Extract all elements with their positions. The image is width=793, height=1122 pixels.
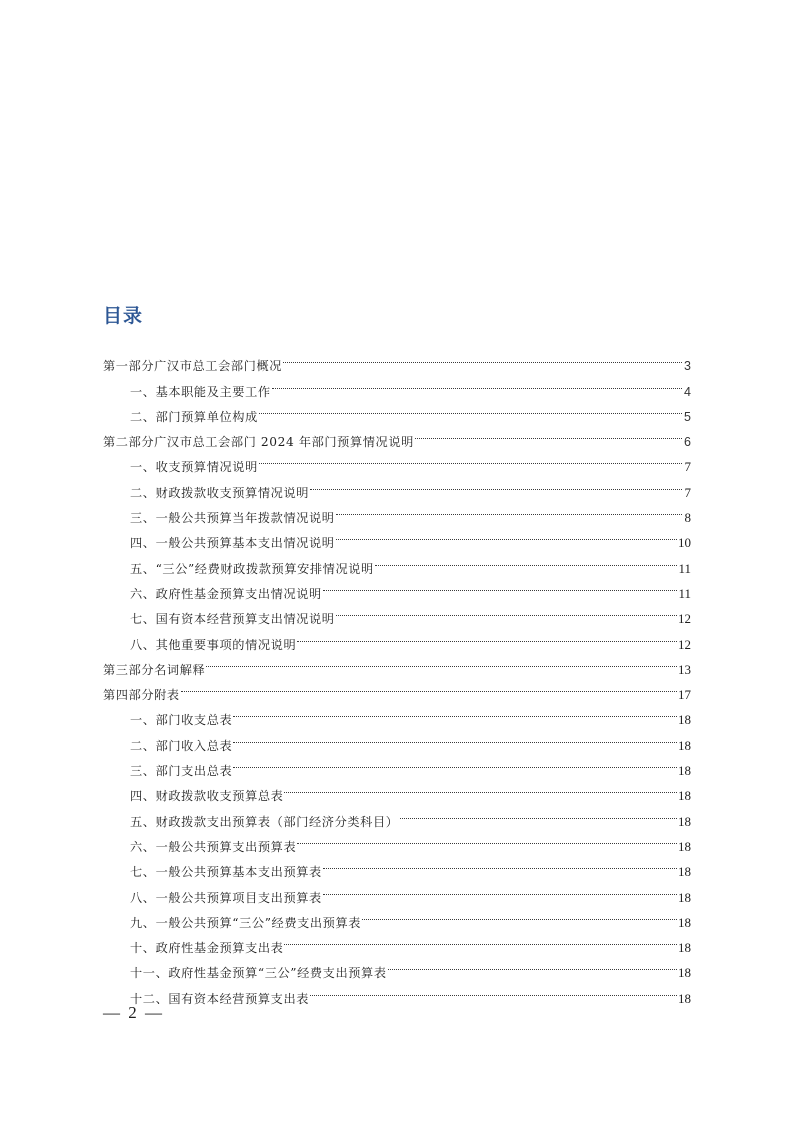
toc-entry-page: 8 [683,505,691,530]
toc-entry-label: 二、部门收入总表 [130,734,232,759]
dot-leader [323,851,677,876]
toc-entry-label: 第四部分附表 [103,683,180,708]
toc-entry-page: 18 [678,859,691,884]
toc-entry-page: 18 [678,935,691,960]
dot-leader [283,345,682,370]
toc-entry-page: 18 [678,809,691,834]
dot-leader [375,547,678,572]
dot-leader [233,724,677,749]
toc-entry-label: 十、政府性基金预算支出表 [130,936,283,961]
toc-entry-page: 18 [678,758,691,783]
dot-leader [388,952,677,977]
dot-leader [206,649,677,674]
dot-leader [400,800,677,825]
toc-entry-label: 六、一般公共预算支出预算表 [130,835,296,860]
dot-leader [297,623,677,648]
toc-entry-part-4[interactable]: 第四部分附表 17 [103,674,691,699]
toc-entry-label: 三、一般公共预算当年拨款情况说明 [130,506,335,531]
toc-entry-page: 6 [683,430,691,455]
toc-entry-label: 四、财政拨款收支预算总表 [130,784,283,809]
dot-leader [259,396,682,421]
dot-leader [323,573,678,598]
dot-leader [310,471,682,496]
dot-leader [233,699,677,724]
toc-entry-page: 4 [683,380,691,405]
dot-leader [233,750,677,775]
toc-entry-page: 18 [678,885,691,910]
toc-entry-page: 17 [678,682,691,707]
dot-leader [181,674,677,699]
dot-leader [310,977,677,1002]
toc-entry-page: 5 [683,405,691,430]
toc-entry-page: 18 [678,834,691,859]
dot-leader [336,598,677,623]
dot-leader [284,775,677,800]
toc-entry-part-1[interactable]: 第一部分广汉市总工会部门概况 3 [103,345,691,370]
toc-entry-page: 18 [678,910,691,935]
dot-leader [336,497,682,522]
toc-entry-page: 18 [678,960,691,985]
toc-entry-label: 二、部门预算单位构成 [130,405,258,430]
toc-entry-label: 一、基本职能及主要工作 [130,380,271,405]
dot-leader [415,421,682,446]
dot-leader [284,927,677,952]
toc-entry-page: 11 [678,581,691,606]
toc-entry-label: 七、一般公共预算基本支出预算表 [130,860,322,885]
toc-entry-page: 10 [678,530,691,555]
document-page: 目录 第一部分广汉市总工会部门概况 3 一、基本职能及主要工作 4 二、部门预算… [0,0,793,1122]
page-number-footer: — 2 — [103,1003,164,1023]
dot-leader [336,522,677,547]
toc-entry-label: 一、部门收支总表 [130,708,232,733]
toc-entry-page: 12 [678,606,691,631]
toc-entry-label: 八、一般公共预算项目支出预算表 [130,886,322,911]
toc-entry-page: 12 [678,632,691,657]
toc-entry-page: 7 [683,454,691,479]
toc-entry-page: 11 [678,556,691,581]
toc-entry-page: 7 [683,480,691,505]
toc-entry[interactable]: 一、部门收支总表 18 [103,699,691,724]
toc-entry-label: 第一部分广汉市总工会部门概况 [103,354,282,379]
toc-entry-page: 18 [678,783,691,808]
toc-entry-page: 18 [678,986,691,1011]
table-of-contents: 第一部分广汉市总工会部门概况 3 一、基本职能及主要工作 4 二、部门预算单位构… [103,345,691,1003]
dot-leader [323,876,677,901]
toc-entry-page: 18 [678,707,691,732]
dot-leader [272,370,682,395]
toc-entry-page: 13 [678,657,691,682]
toc-entry-label: 三、部门支出总表 [130,759,232,784]
toc-entry-page: 3 [683,354,691,379]
dot-leader [259,446,682,471]
toc-entry-label: 一、收支预算情况说明 [130,455,258,480]
toc-entry-label: 四、一般公共预算基本支出情况说明 [130,531,335,556]
toc-entry-page: 18 [678,733,691,758]
dot-leader [362,902,677,927]
toc-title: 目录 [103,301,143,328]
dot-leader [297,826,677,851]
toc-entry-label: 二、财政拨款收支预算情况说明 [130,481,309,506]
toc-entry-label: 六、政府性基金预算支出情况说明 [130,582,322,607]
